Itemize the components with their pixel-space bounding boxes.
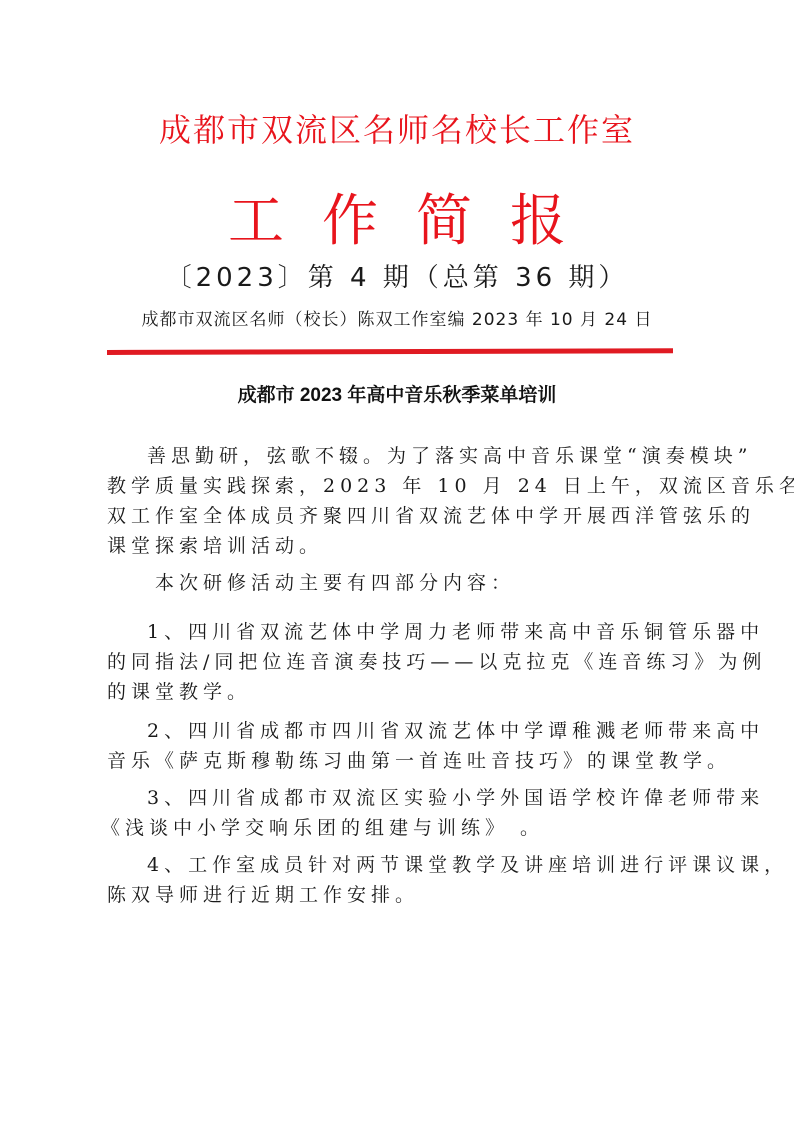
bulletin-title: 工作简报 [0,182,794,262]
text-line: 的课堂教学。 [107,677,707,707]
list-item-4: 4、工作室成员针对两节课堂教学及讲座培训进行评课议课， 陈双导师进行近期工作安排… [107,850,707,910]
text-line: 的同指法/同把位连音演奏技巧——以克拉克《连音练习》为例 [107,647,707,677]
text-line: 双工作室全体成员齐聚四川省双流艺体中学开展西洋管弦乐的 [107,501,707,531]
text-line: 1、四川省双流艺体中学周力老师带来高中音乐铜管乐器中 [107,617,707,647]
org-heading: 成都市双流区名师名校长工作室 [0,108,794,152]
text-line: 陈双导师进行近期工作安排。 [107,880,707,910]
list-item-3: 3、四川省成都市双流区实验小学外国语学校许偉老师带来 《浅谈中小学交响乐团的组建… [107,783,707,843]
issue-number: 〔2023〕第 4 期（总第 36 期） [0,258,794,298]
text-line: 3、四川省成都市双流区实验小学外国语学校许偉老师带来 [107,783,707,813]
text-line: 《浅谈中小学交响乐团的组建与训练》 。 [101,813,707,843]
text-line: 2、四川省成都市四川省双流艺体中学谭稚溅老师带来高中 [107,716,707,746]
list-item-1: 1、四川省双流艺体中学周力老师带来高中音乐铜管乐器中 的同指法/同把位连音演奏技… [107,617,707,707]
text-line: 课堂探索培训活动。 [107,531,707,561]
paragraph-overview: 本次研修活动主要有四部分内容： [107,568,707,598]
list-item-2: 2、四川省成都市四川省双流艺体中学谭稚溅老师带来高中 音乐《萨克斯穆勒练习曲第一… [107,716,707,776]
text-line: 善思勤研，弦歌不辍。为了落实高中音乐课堂“演奏模块” [107,441,707,471]
text-line: 音乐《萨克斯穆勒练习曲第一首连吐音技巧》的课堂教学。 [107,746,707,776]
editor-date-line: 成都市双流区名师（校长）陈双工作室编 2023 年 10 月 24 日 [0,306,794,334]
text-line: 4、工作室成员针对两节课堂教学及讲座培训进行评课议课， [107,850,707,880]
text-line: 本次研修活动主要有四部分内容： [107,568,707,598]
article-title: 成都市 2023 年高中音乐秋季菜单培训 [0,380,794,412]
paragraph-intro: 善思勤研，弦歌不辍。为了落实高中音乐课堂“演奏模块” 教学质量实践探索，2023… [107,441,707,561]
text-line: 教学质量实践探索，2023 年 10 月 24 日上午，双流区音乐名师陈 [107,471,707,501]
red-divider [107,348,673,355]
